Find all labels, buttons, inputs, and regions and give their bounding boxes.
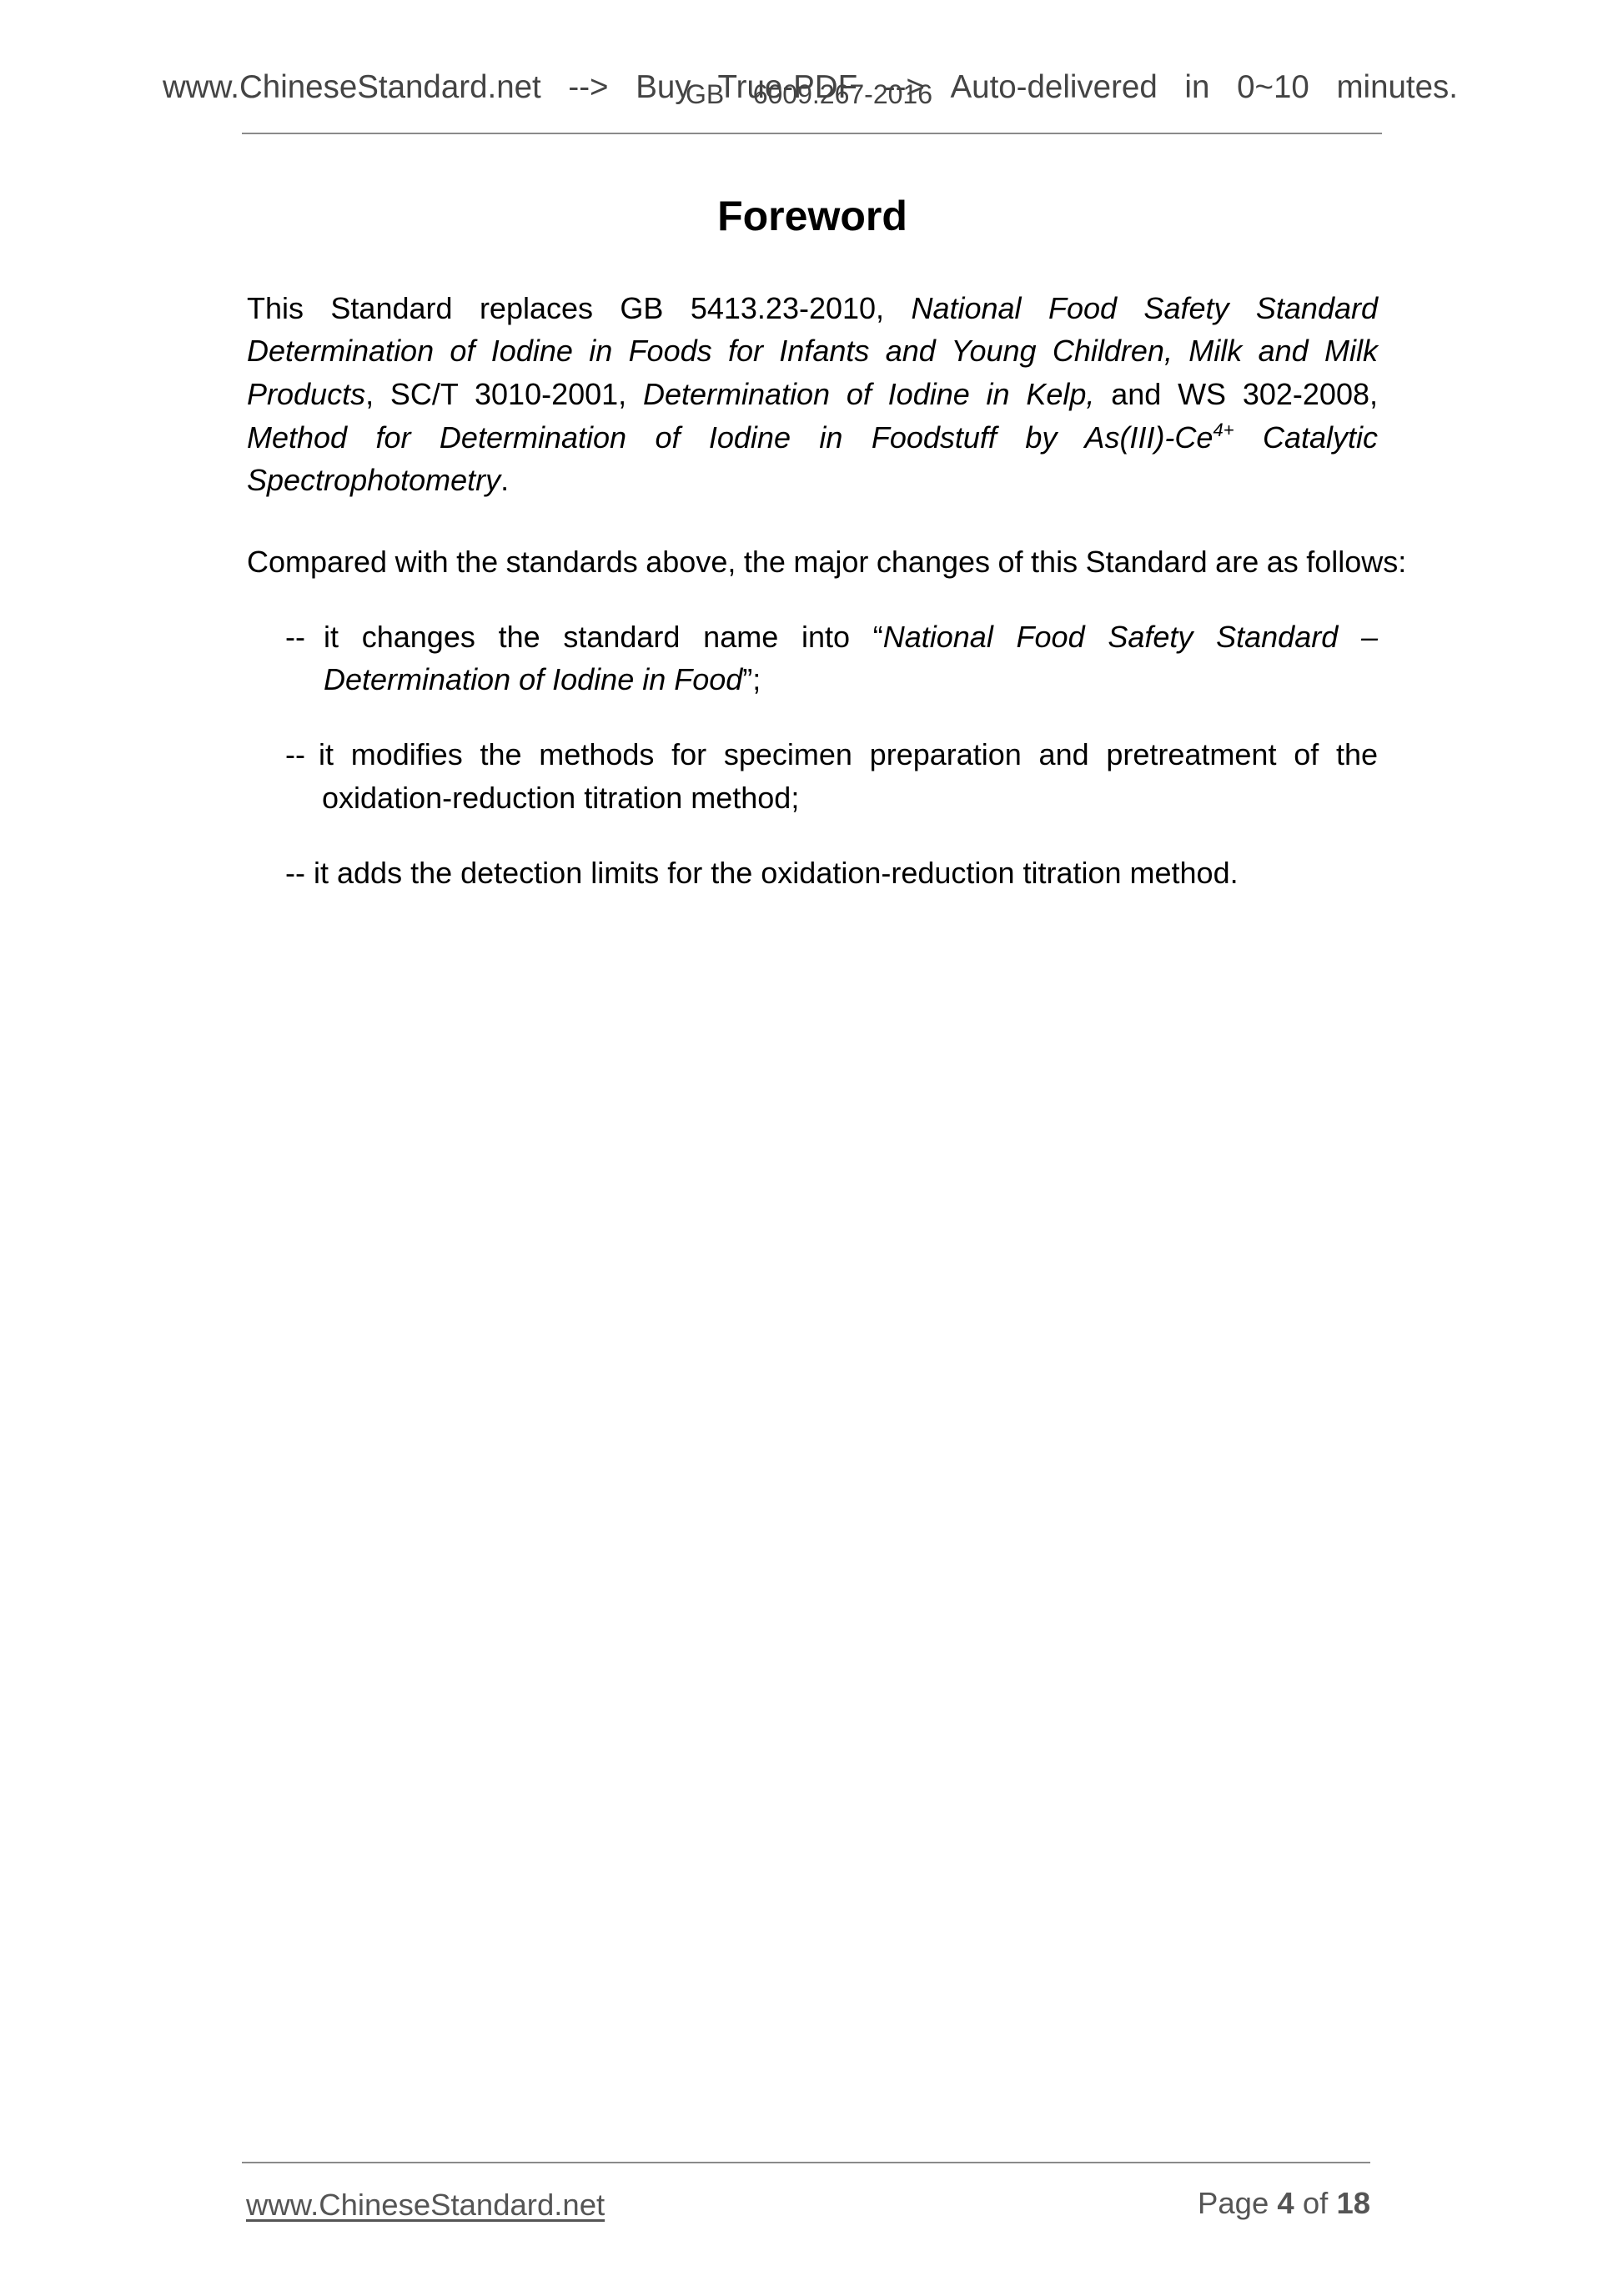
- text-run: it modifies the methods for specimen pre…: [319, 737, 1378, 771]
- list-item-line: it modifies the methods for specimen pre…: [319, 736, 1378, 773]
- list-item-text: it adds the detection limits for the oxi…: [314, 856, 1239, 890]
- header-divider: [242, 133, 1382, 134]
- text-run: and WS 302-2008,: [1094, 377, 1378, 411]
- list-item-line: Determination of Iodine in Food”;: [324, 661, 1378, 698]
- italic-text-run: National Food Safety Standard: [911, 291, 1378, 325]
- text-run: .: [500, 463, 509, 497]
- text-run: ”;: [742, 662, 761, 696]
- italic-text-run: Spectrophotometry: [247, 463, 500, 497]
- page-indicator: Page 4 of 18: [1198, 2186, 1365, 2221]
- list-item-line: -- it adds the detection limits for the …: [285, 855, 1239, 892]
- page-of: of: [1303, 2186, 1328, 2220]
- page-title: Foreword: [716, 191, 909, 241]
- list-item-line: oxidation-reduction titration method;: [322, 780, 1376, 816]
- italic-text-run: Determination of Iodine in Food: [324, 662, 742, 696]
- paragraph-line: Determination of Iodine in Foods for Inf…: [247, 333, 1378, 369]
- bullet-dash: --: [285, 736, 305, 773]
- paragraph-line: Products, SC/T 3010-2001, Determination …: [247, 376, 1378, 413]
- bullet-dash: --: [285, 619, 305, 656]
- text-run: , SC/T 3010-2001,: [365, 377, 643, 411]
- italic-text-run: Catalytic: [1234, 420, 1378, 455]
- text-run: oxidation-reduction titration method;: [322, 781, 799, 815]
- list-item-line: it changes the standard name into “Natio…: [324, 619, 1378, 656]
- document-id: GB 6009.267-2016: [686, 78, 932, 111]
- italic-text-run: Determination of Iodine in Kelp,: [643, 377, 1094, 411]
- italic-text-run: Method for Determination of Iodine in Fo…: [247, 420, 1213, 455]
- text-run: 4+: [1213, 420, 1234, 455]
- bullet-dash: --: [285, 856, 305, 890]
- italic-text-run: National Food Safety Standard –: [883, 620, 1378, 654]
- footer-divider: [242, 2162, 1370, 2163]
- italic-text-run: Products: [247, 377, 365, 411]
- paragraph-line: Spectrophotometry.: [247, 462, 1378, 499]
- text-run: it changes the standard name into “: [324, 620, 883, 654]
- paragraph-line: This Standard replaces GB 5413.23-2010, …: [247, 290, 1378, 327]
- page-total: 18: [1336, 2186, 1370, 2220]
- paragraph-changes-intro: Compared with the standards above, the m…: [247, 544, 1406, 580]
- page-current: 4: [1277, 2186, 1294, 2220]
- footer-website-link[interactable]: www.ChineseStandard.net: [246, 2188, 598, 2223]
- superscript: 4+: [1213, 420, 1234, 440]
- text-run: This Standard replaces GB 5413.23-2010,: [247, 291, 911, 325]
- page-label: Page: [1198, 2186, 1269, 2220]
- italic-text-run: Determination of Iodine in Foods for Inf…: [247, 334, 1378, 368]
- paragraph-line: Method for Determination of Iodine in Fo…: [247, 420, 1378, 456]
